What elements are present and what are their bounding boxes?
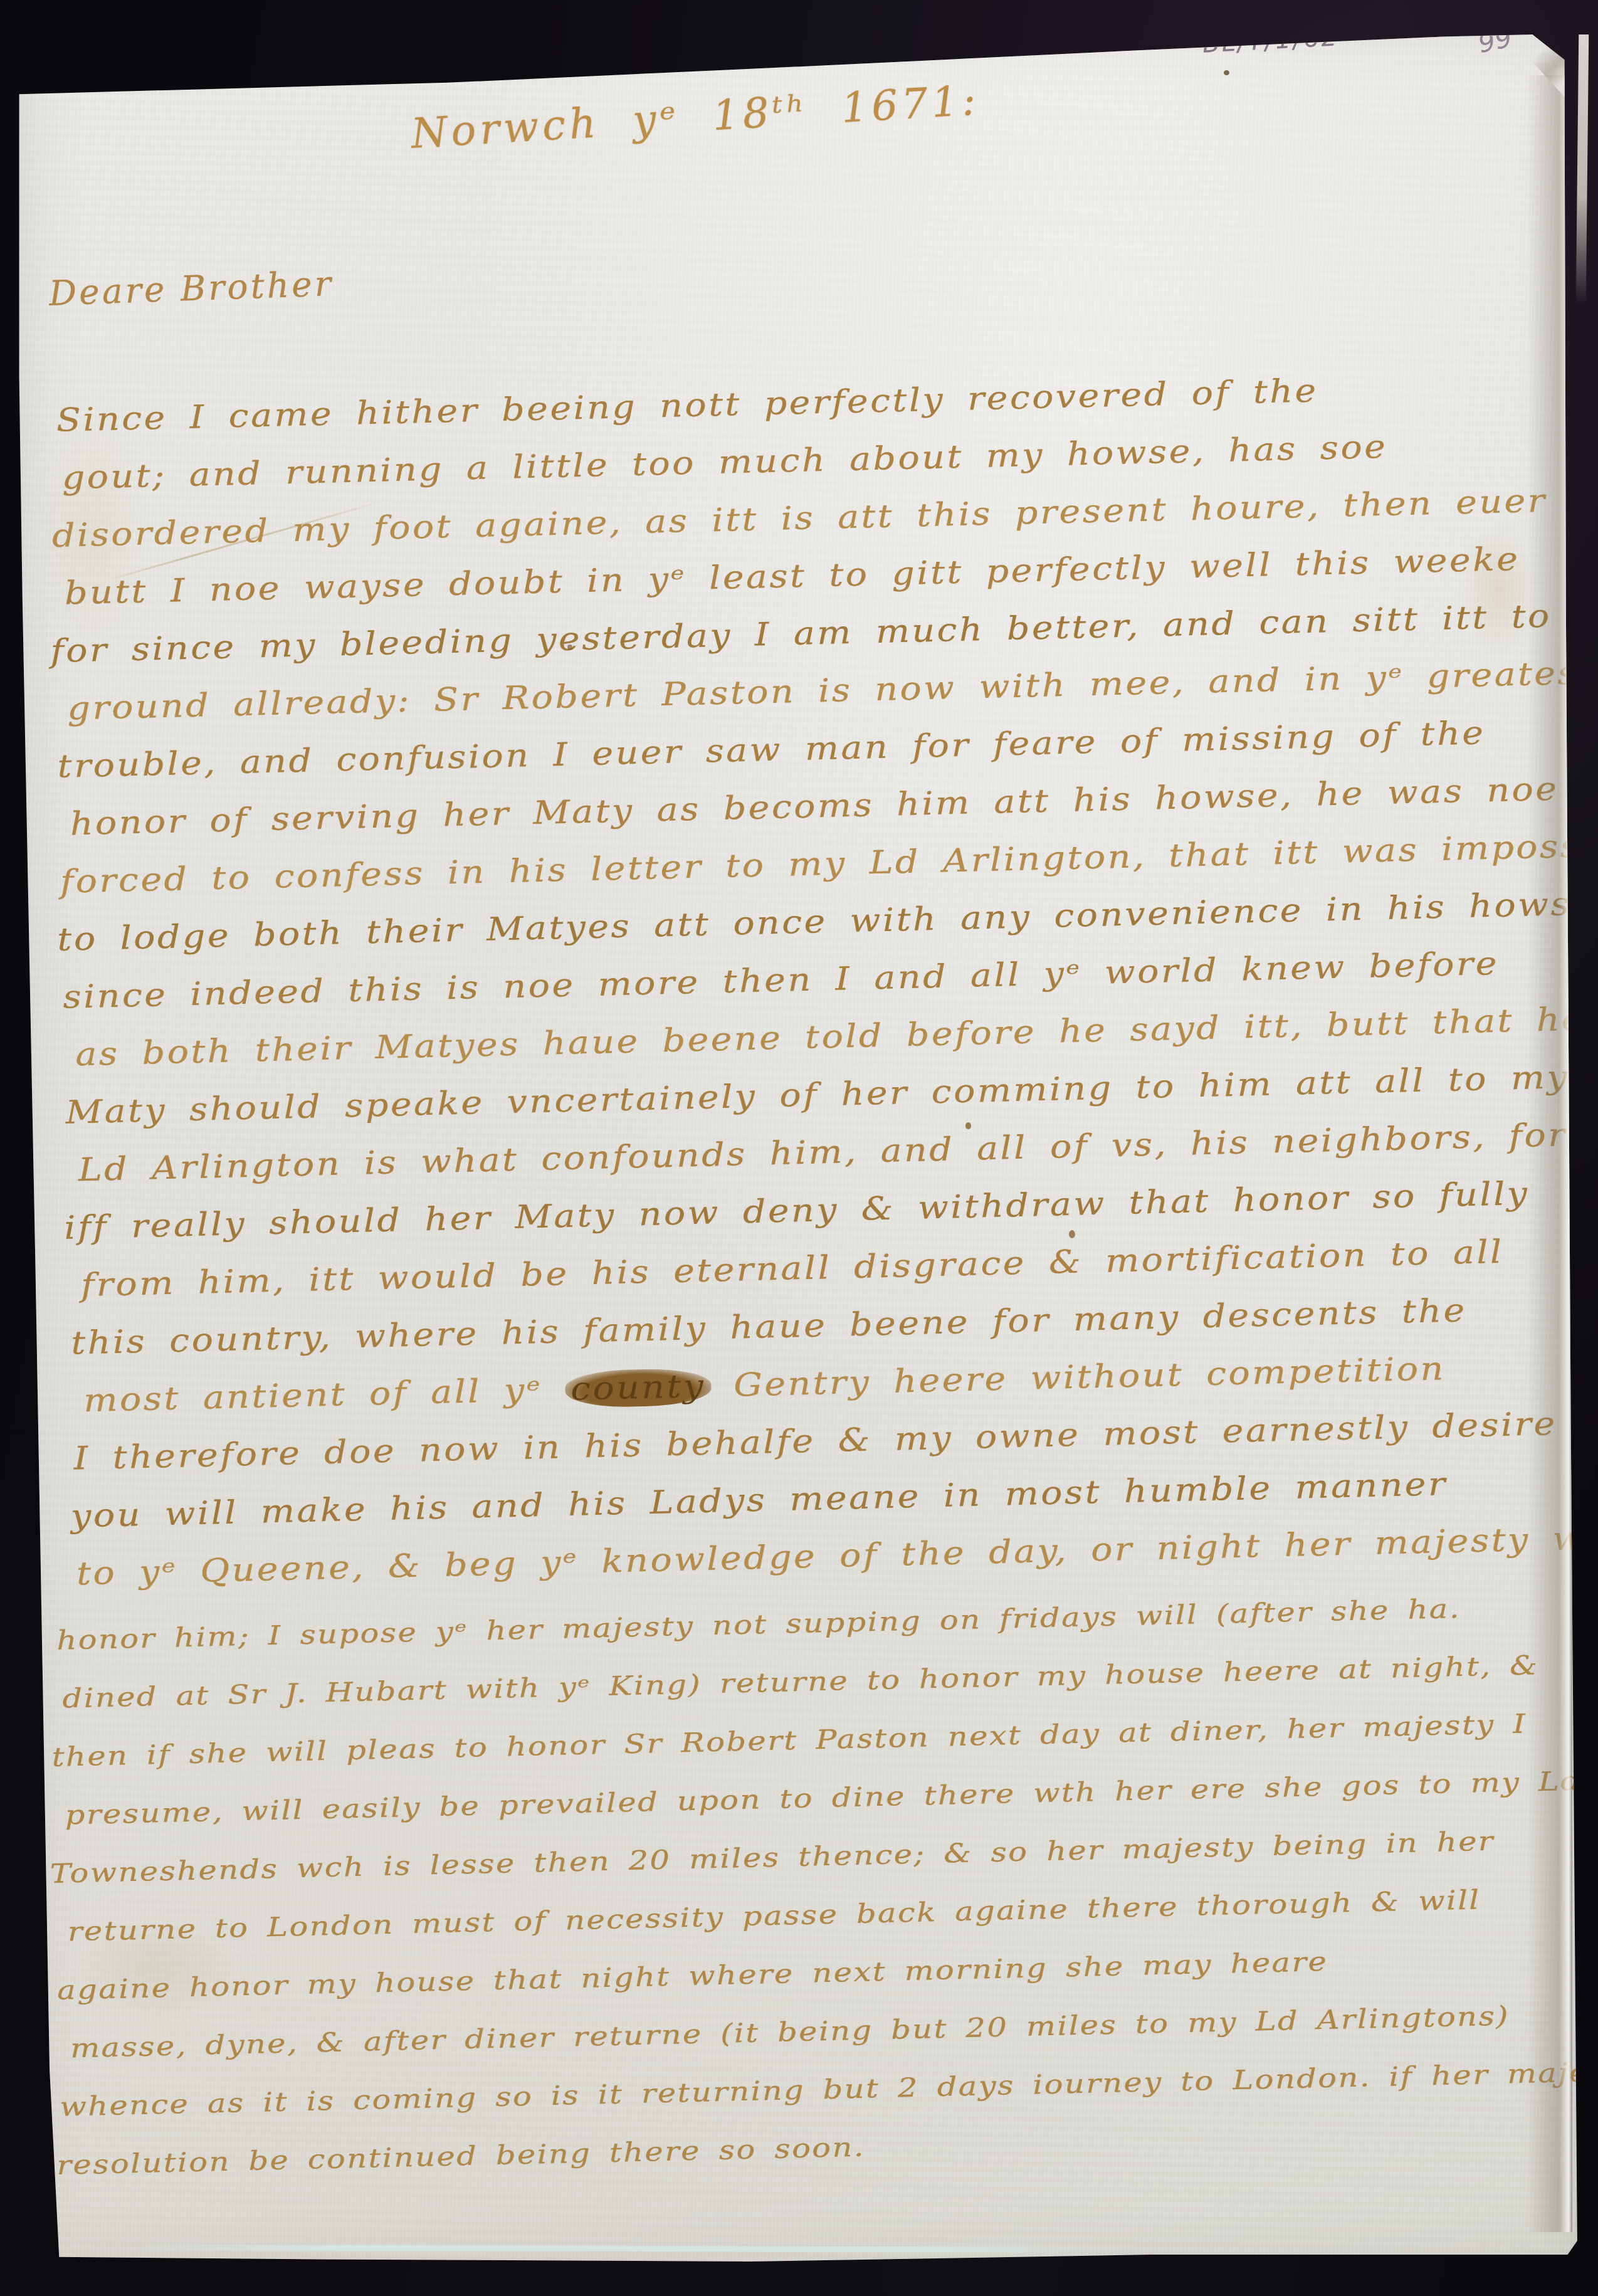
ink-speck [965,1122,971,1129]
ink-speck [1224,70,1229,75]
letter-body: Since I came hither beeing nott perfectl… [49,365,1598,1614]
letter-dateline: Norwch yᵉ 18ᵗʰ 1671: [410,76,981,158]
ink-speck [1069,1230,1075,1238]
struck-out-word: county [564,1368,712,1408]
scanned-letter-page: Norwch yᵉ 18ᵗʰ 1671: BL/Y/1/62 99 Deare … [0,0,1598,2296]
ink-speck [567,645,572,650]
adjacent-page-edge [1576,34,1589,304]
letter-closing: honor him; I supose yᵉ her majesty not s… [49,1589,1598,2208]
folio-page-number: 99 [1475,22,1514,59]
paper-deckle-edge [1527,75,1572,2232]
ink-speck [668,37,675,46]
paper-bottom-edge-highlight [132,2245,1135,2253]
letter-salutation: Deare Brother [48,263,334,313]
paper-sheet: Norwch yᵉ 18ᵗʰ 1671: BL/Y/1/62 99 Deare … [0,0,1598,2296]
archival-reference-number: BL/Y/1/62 [1202,23,1340,58]
